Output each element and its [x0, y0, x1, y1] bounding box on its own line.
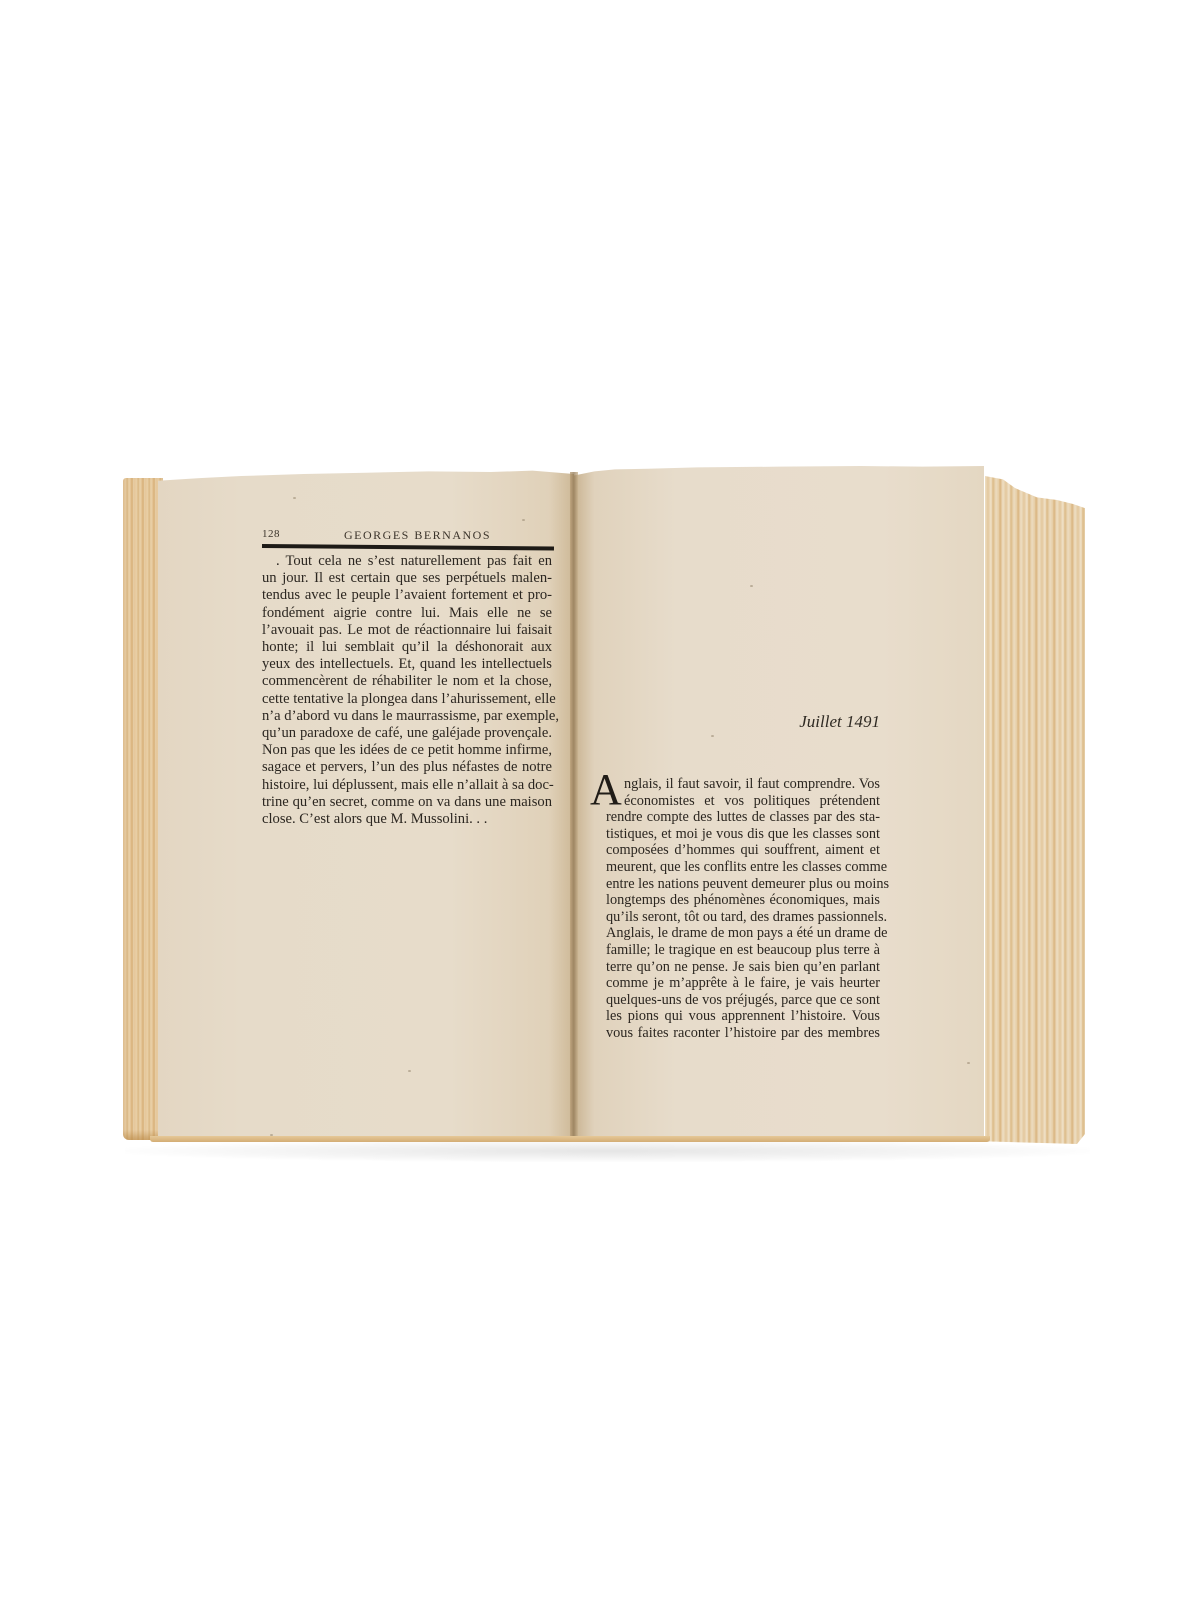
- page-number: 128: [262, 528, 280, 540]
- text-line: trine qu’en secret, comme on va dans une…: [262, 794, 552, 811]
- text-line: meurent, que les conflits entre les clas…: [606, 859, 880, 876]
- text-line: commencèrent de réhabiliter le nom et la…: [262, 673, 552, 690]
- text-line: . Tout cela ne s’est naturellement pas f…: [262, 553, 552, 570]
- text-line: honte; il lui semblait qu’il la déshonor…: [262, 639, 552, 656]
- right-page-edges: [985, 476, 1085, 1144]
- left-page-edges: [123, 478, 163, 1140]
- paper-speck: [408, 1070, 411, 1072]
- book-shadow: [125, 1140, 1090, 1162]
- text-line: rendre compte des luttes de classes par …: [606, 809, 880, 826]
- text-line: nglais, il faut savoir, il faut comprend…: [606, 776, 880, 793]
- paper-speck: [750, 585, 753, 587]
- text-line: entre les nations peuvent demeurer plus …: [606, 876, 880, 893]
- text-line: tistiques, et moi je vous dis que les cl…: [606, 826, 880, 843]
- left-page-body: . Tout cela ne s’est naturellement pas f…: [262, 553, 552, 828]
- text-line: close. C’est alors que M. Mussolini. . .: [262, 811, 552, 828]
- text-line: sagace et pervers, l’un des plus néfaste…: [262, 759, 552, 776]
- chapter-date-heading: Juillet 1491: [780, 712, 880, 732]
- bottom-page-edge: [150, 1136, 990, 1142]
- text-line: Anglais, le drame de mon pays a été un d…: [606, 925, 880, 942]
- paper-speck: [711, 735, 714, 737]
- text-line: histoire, lui déplussent, mais elle n’al…: [262, 777, 552, 794]
- text-line: cette tentative la plongea dans l’ahuris…: [262, 691, 552, 708]
- book-gutter: [570, 472, 578, 1140]
- text-line: Non pas que les idées de ce petit homme …: [262, 742, 552, 759]
- text-line: vous faites raconter l’histoire par des …: [606, 1025, 880, 1042]
- text-line: tendus avec le peuple l’avaient fortemen…: [262, 587, 552, 604]
- paper-speck: [293, 497, 296, 499]
- text-line: l’avouait pas. Le mot de réactionnaire l…: [262, 622, 552, 639]
- text-line: composées d’hommes qui souffrent, aiment…: [606, 842, 880, 859]
- text-line: fondément aigrie contre lui. Mais elle n…: [262, 605, 552, 622]
- text-line: quelques-uns de vos préjugés, parce que …: [606, 992, 880, 1009]
- paper-speck: [967, 1062, 970, 1064]
- text-line: les pions qui vous apprennent l’histoire…: [606, 1008, 880, 1025]
- text-line: qu’ils seront, tôt ou tard, des drames p…: [606, 909, 880, 926]
- text-line: économistes et vos politiques prétendent: [606, 793, 880, 810]
- text-line: terre qu’on ne pense. Je sais bien qu’en…: [606, 959, 880, 976]
- text-line: famille; le tragique en est beaucoup plu…: [606, 942, 880, 959]
- running-title: GEORGES BERNANOS: [344, 528, 491, 543]
- paper-speck: [270, 1134, 273, 1136]
- text-line: qu’un paradoxe de café, une galéjade pro…: [262, 725, 552, 742]
- right-page-body: nglais, il faut savoir, il faut comprend…: [606, 776, 880, 1042]
- text-line: comme je m’apprête à le faire, je vais h…: [606, 975, 880, 992]
- text-line: yeux des intellectuels. Et, quand les in…: [262, 656, 552, 673]
- text-line: longtemps des phénomènes économiques, ma…: [606, 892, 880, 909]
- text-line: n’a d’abord vu dans le maurrassisme, par…: [262, 708, 552, 725]
- text-line: un jour. Il est certain que ses perpétue…: [262, 570, 552, 587]
- paper-speck: [522, 519, 525, 521]
- photo-stage: 128 GEORGES BERNANOS . Tout cela ne s’es…: [0, 0, 1200, 1600]
